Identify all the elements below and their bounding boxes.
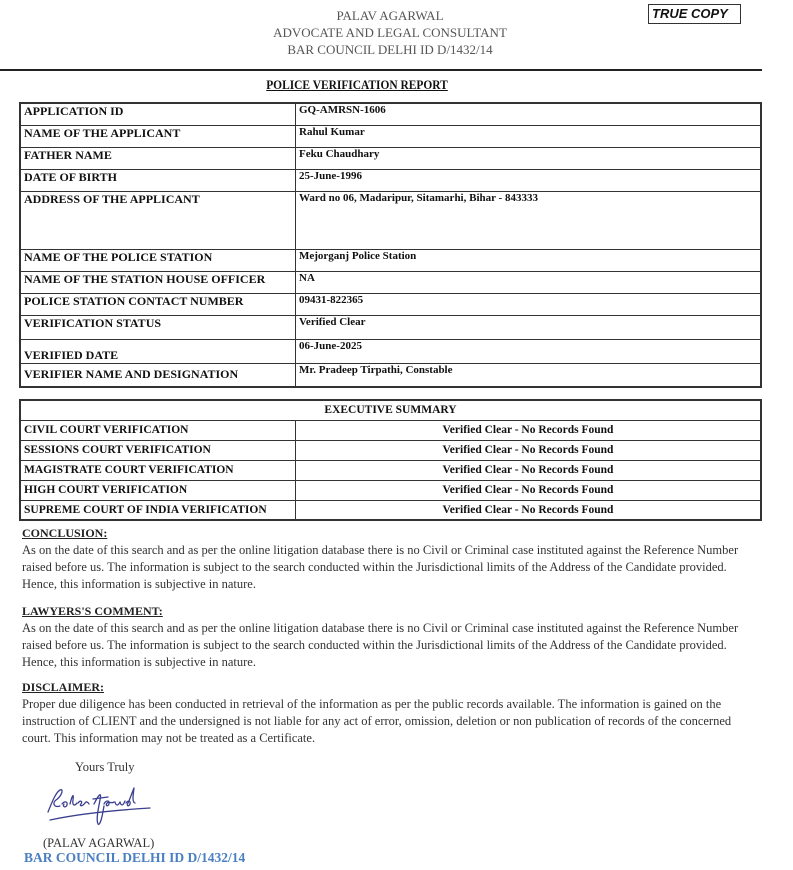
- field-label: ADDRESS OF THE APPLICANT: [20, 191, 296, 249]
- advocate-bar-id: BAR COUNCIL DELHI ID D/1432/14: [0, 41, 780, 58]
- court-status: Verified Clear - No Records Found: [296, 420, 762, 440]
- field-value: Verified Clear: [296, 315, 762, 339]
- header-divider: [0, 69, 762, 71]
- table-row: FATHER NAME Feku Chaudhary: [20, 147, 761, 169]
- true-copy-stamp: TRUE COPY: [648, 4, 741, 24]
- field-value: 25-June-1996: [296, 169, 762, 191]
- signature-icon: [38, 782, 163, 832]
- table-row: APPLICATION ID GQ-AMRSN-1606: [20, 103, 761, 125]
- table-row: CIVIL COURT VERIFICATION Verified Clear …: [20, 420, 761, 440]
- field-label: VERIFICATION STATUS: [20, 315, 296, 339]
- table-row: HIGH COURT VERIFICATION Verified Clear -…: [20, 480, 761, 500]
- table-row: NAME OF THE POLICE STATION Mejorganj Pol…: [20, 249, 761, 271]
- field-value: NA: [296, 271, 762, 293]
- court-label: CIVIL COURT VERIFICATION: [20, 420, 296, 440]
- field-label: DATE OF BIRTH: [20, 169, 296, 191]
- court-label: MAGISTRATE COURT VERIFICATION: [20, 460, 296, 480]
- field-label: VERIFIED DATE: [20, 339, 296, 363]
- advocate-title: ADVOCATE AND LEGAL CONSULTANT: [0, 24, 780, 41]
- applicant-details-table: APPLICATION ID GQ-AMRSN-1606 NAME OF THE…: [19, 102, 762, 388]
- table-row: DATE OF BIRTH 25-June-1996: [20, 169, 761, 191]
- disclaimer-heading: DISCLAIMER:: [22, 679, 757, 696]
- table-row: SESSIONS COURT VERIFICATION Verified Cle…: [20, 440, 761, 460]
- disclaimer-section: DISCLAIMER: Proper due diligence has bee…: [22, 679, 757, 747]
- signer-name: (PALAV AGARWAL): [43, 836, 154, 851]
- field-label: FATHER NAME: [20, 147, 296, 169]
- field-label: NAME OF THE POLICE STATION: [20, 249, 296, 271]
- field-label: NAME OF THE APPLICANT: [20, 125, 296, 147]
- table-row: SUPREME COURT OF INDIA VERIFICATION Veri…: [20, 500, 761, 520]
- conclusion-text: As on the date of this search and as per…: [22, 542, 757, 593]
- closing-salutation: Yours Truly: [75, 760, 135, 775]
- court-label: SESSIONS COURT VERIFICATION: [20, 440, 296, 460]
- court-status: Verified Clear - No Records Found: [296, 440, 762, 460]
- field-value: Ward no 06, Madaripur, Sitamarhi, Bihar …: [296, 191, 762, 249]
- table-row: VERIFIED DATE 06-June-2025: [20, 339, 761, 363]
- summary-heading-row: EXECUTIVE SUMMARY: [20, 400, 761, 420]
- table-row: VERIFIER NAME AND DESIGNATION Mr. Pradee…: [20, 363, 761, 387]
- lawyers-comment-section: LAWYERS'S COMMENT: As on the date of thi…: [22, 603, 757, 671]
- field-value: Feku Chaudhary: [296, 147, 762, 169]
- signer-bar-id: BAR COUNCIL DELHI ID D/1432/14: [24, 850, 245, 866]
- conclusion-heading: CONCLUSION:: [22, 525, 757, 542]
- court-label: SUPREME COURT OF INDIA VERIFICATION: [20, 500, 296, 520]
- table-row: MAGISTRATE COURT VERIFICATION Verified C…: [20, 460, 761, 480]
- table-row: VERIFICATION STATUS Verified Clear: [20, 315, 761, 339]
- table-row: POLICE STATION CONTACT NUMBER 09431-8223…: [20, 293, 761, 315]
- court-status: Verified Clear - No Records Found: [296, 500, 762, 520]
- court-status: Verified Clear - No Records Found: [296, 480, 762, 500]
- court-label: HIGH COURT VERIFICATION: [20, 480, 296, 500]
- field-value: Rahul Kumar: [296, 125, 762, 147]
- field-value: 09431-822365: [296, 293, 762, 315]
- table-row: NAME OF THE STATION HOUSE OFFICER NA: [20, 271, 761, 293]
- field-value: Mr. Pradeep Tirpathi, Constable: [296, 363, 762, 387]
- table-row: ADDRESS OF THE APPLICANT Ward no 06, Mad…: [20, 191, 761, 249]
- table-row: NAME OF THE APPLICANT Rahul Kumar: [20, 125, 761, 147]
- field-value: GQ-AMRSN-1606: [296, 103, 762, 125]
- summary-heading: EXECUTIVE SUMMARY: [20, 400, 761, 420]
- field-value: 06-June-2025: [296, 339, 762, 363]
- executive-summary-table: EXECUTIVE SUMMARY CIVIL COURT VERIFICATI…: [19, 399, 762, 521]
- field-label: POLICE STATION CONTACT NUMBER: [20, 293, 296, 315]
- lawyers-comment-heading: LAWYERS'S COMMENT:: [22, 603, 757, 620]
- field-label: NAME OF THE STATION HOUSE OFFICER: [20, 271, 296, 293]
- court-status: Verified Clear - No Records Found: [296, 460, 762, 480]
- field-label: APPLICATION ID: [20, 103, 296, 125]
- lawyers-comment-text: As on the date of this search and as per…: [22, 620, 757, 671]
- report-title: POLICE VERIFICATION REPORT: [43, 77, 671, 93]
- field-value: Mejorganj Police Station: [296, 249, 762, 271]
- conclusion-section: CONCLUSION: As on the date of this searc…: [22, 525, 757, 593]
- disclaimer-text: Proper due diligence has been conducted …: [22, 696, 757, 747]
- field-label: VERIFIER NAME AND DESIGNATION: [20, 363, 296, 387]
